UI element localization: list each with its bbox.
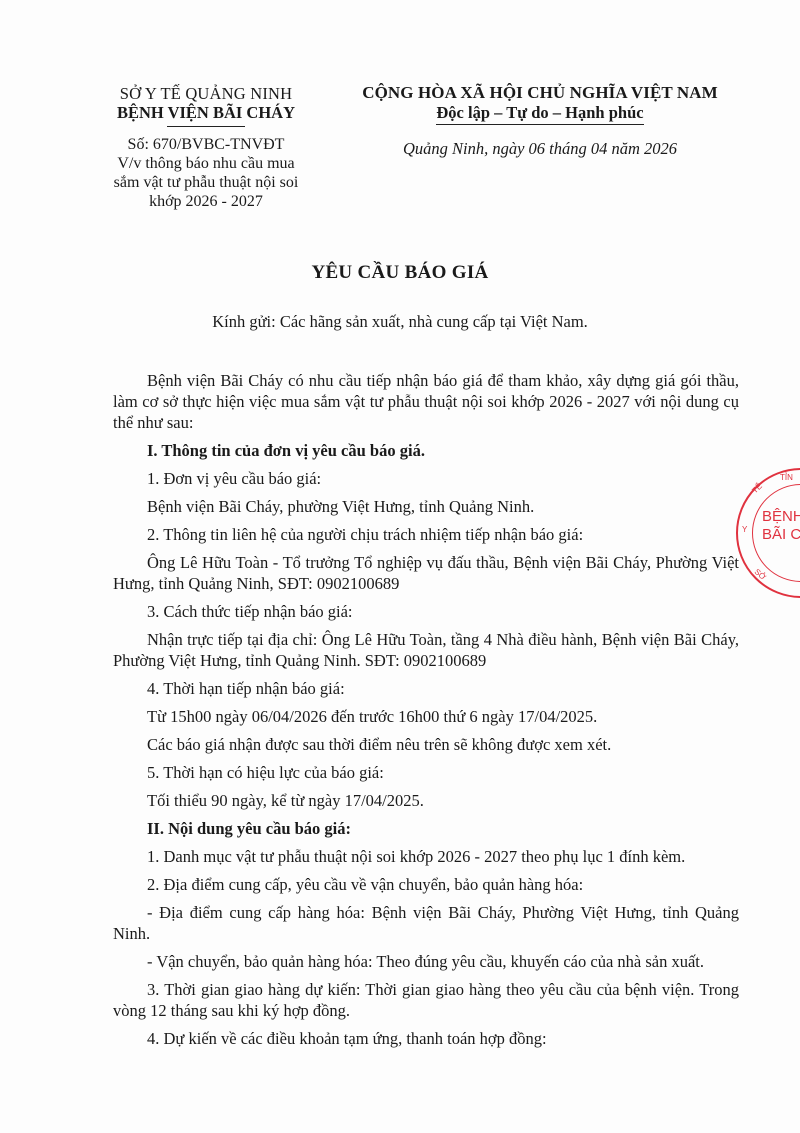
paragraph: 4. Thời hạn tiếp nhận báo giá: — [113, 678, 739, 699]
national-header: CỘNG HÒA XÃ HỘI CHỦ NGHĨA VIỆT NAM Độc l… — [340, 82, 740, 159]
paragraph: Nhận trực tiếp tại địa chỉ: Ông Lê Hữu T… — [113, 629, 739, 671]
subject-line: V/v thông báo nhu cầu mua — [88, 154, 324, 173]
paragraph: Tối thiểu 90 ngày, kể từ ngày 17/04/2025… — [113, 790, 739, 811]
divider — [167, 126, 245, 127]
seal-text: BỆNH BÃI C — [762, 508, 800, 544]
doc-number: Số: 670/BVBC-TNVĐT — [88, 135, 324, 154]
paragraph: 4. Dự kiến về các điều khoản tạm ứng, th… — [113, 1028, 739, 1049]
seal-ring-text: TẾ — [750, 482, 764, 496]
subject-line: khớp 2026 - 2027 — [88, 192, 324, 211]
paragraph: - Địa điểm cung cấp hàng hóa: Bệnh viện … — [113, 902, 739, 944]
paragraph: 5. Thời hạn có hiệu lực của báo giá: — [113, 762, 739, 783]
document-body: Bệnh viện Bãi Cháy có nhu cầu tiếp nhận … — [113, 370, 739, 1056]
paragraph: 1. Danh mục vật tư phẫu thuật nội soi kh… — [113, 846, 739, 867]
paragraph: Ông Lê Hữu Toàn - Tổ trưởng Tổ nghiệp vụ… — [113, 552, 739, 594]
paragraph: 3. Cách thức tiếp nhận báo giá: — [113, 601, 739, 622]
place-date: Quảng Ninh, ngày 06 tháng 04 năm 2026 — [340, 139, 740, 159]
paragraph: 3. Thời gian giao hàng dự kiến: Thời gia… — [113, 979, 739, 1021]
section-heading: I. Thông tin của đơn vị yêu cầu báo giá. — [113, 440, 739, 461]
paragraph: Các báo giá nhận được sau thời điểm nêu … — [113, 734, 739, 755]
org-name: BỆNH VIỆN BÃI CHÁY — [88, 103, 324, 122]
parent-org: SỞ Y TẾ QUẢNG NINH — [88, 84, 324, 103]
nation-name: CỘNG HÒA XÃ HỘI CHỦ NGHĨA VIỆT NAM — [340, 82, 740, 103]
section-heading: II. Nội dung yêu cầu báo giá: — [113, 818, 739, 839]
intro-paragraph: Bệnh viện Bãi Cháy có nhu cầu tiếp nhận … — [113, 370, 739, 433]
document-page: SỞ Y TẾ QUẢNG NINH BỆNH VIỆN BÃI CHÁY Số… — [0, 0, 800, 1133]
paragraph: Bệnh viện Bãi Cháy, phường Việt Hưng, tỉ… — [113, 496, 739, 517]
seal-ring-text: Y — [742, 525, 747, 534]
seal-ring-text: TỈN — [780, 473, 793, 482]
paragraph: Từ 15h00 ngày 06/04/2026 đến trước 16h00… — [113, 706, 739, 727]
subject-line: sắm vật tư phẫu thuật nội soi — [88, 173, 324, 192]
document-title: YÊU CẦU BÁO GIÁ — [0, 262, 800, 284]
official-seal: TỈN TẾ Y SỞ BỆNH BÃI C — [736, 468, 800, 598]
paragraph: 2. Thông tin liên hệ của người chịu trác… — [113, 524, 739, 545]
recipient: Kính gửi: Các hãng sản xuất, nhà cung cấ… — [0, 312, 800, 332]
paragraph: - Vận chuyển, bảo quản hàng hóa: Theo đú… — [113, 951, 739, 972]
seal-ring-text: SỞ — [753, 567, 768, 582]
issuer-block: SỞ Y TẾ QUẢNG NINH BỆNH VIỆN BÃI CHÁY Số… — [88, 84, 324, 211]
paragraph: 1. Đơn vị yêu cầu báo giá: — [113, 468, 739, 489]
paragraph: 2. Địa điểm cung cấp, yêu cầu về vận chu… — [113, 874, 739, 895]
motto: Độc lập – Tự do – Hạnh phúc — [436, 103, 643, 125]
